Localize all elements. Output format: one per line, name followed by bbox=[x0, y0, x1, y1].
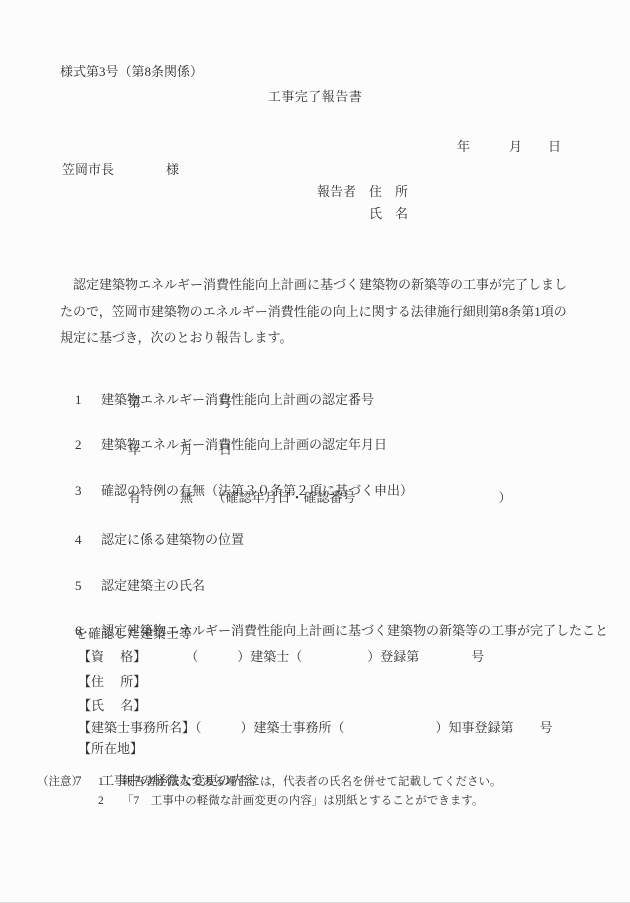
note-number: 1 bbox=[98, 774, 122, 790]
item-2-fill-in-line: 年 月 日 bbox=[128, 441, 232, 459]
item-label: 認定に係る建築物の位置 bbox=[101, 532, 244, 547]
form-number: 様式第3号（第8条関係） bbox=[60, 63, 203, 81]
item-6-label-continued: を確認した建築士等 bbox=[75, 625, 192, 643]
construction-completion-report-form: 様式第3号（第8条関係） 工事完了報告書 年 月 日 笠岡市長 様 報告者 住 … bbox=[0, 0, 630, 903]
field-qualification: 【資 格】 （ ）建築士（ ）登録第 号 bbox=[78, 648, 484, 666]
item-label: 認定建築主の氏名 bbox=[101, 578, 205, 593]
item-3-fill-in-line: 有 無 （確認年月日・確認番号 ） bbox=[128, 489, 512, 507]
reporter-address-label: 報告者 住 所 bbox=[317, 183, 408, 201]
body-paragraph: 認定建築物エネルギー消費性能向上計画に基づく建築物の新築等の工事が完了しまし た… bbox=[60, 272, 575, 352]
note-2: 2「7 工事中の軽微な計画変更の内容」は別紙とすることができます。 bbox=[37, 793, 483, 809]
item-number: 2 bbox=[75, 436, 101, 454]
body-paragraph-line: 認定建築物エネルギー消費性能向上計画に基づく建築物の新築等の工事が完了しまし bbox=[60, 272, 575, 299]
body-paragraph-line: 規定に基づき，次のとおり報告します。 bbox=[60, 325, 575, 352]
note-text: 報告者が法人である場合には，代表者の氏名を併せて記載してください。 bbox=[122, 774, 502, 790]
note-number: 2 bbox=[98, 793, 122, 809]
field-address: 【住 所】 bbox=[78, 673, 146, 691]
field-name: 【氏 名】 bbox=[78, 697, 146, 715]
field-architect-office: 【建築士事務所名】（ ）建築士事務所（ ）知事登録第 号 bbox=[78, 719, 553, 737]
item-number: 1 bbox=[75, 391, 101, 409]
item-number: 5 bbox=[75, 577, 101, 595]
notes-prefix-spacer bbox=[37, 793, 98, 809]
note-text: 「7 工事中の軽微な計画変更の内容」は別紙とすることができます。 bbox=[122, 793, 483, 809]
page-title: 工事完了報告書 bbox=[0, 88, 630, 106]
reporter-name-label: 氏 名 bbox=[369, 205, 408, 223]
item-1-fill-in-line: 第 号 bbox=[128, 394, 232, 412]
note-1: （注意）1報告者が法人である場合には，代表者の氏名を併せて記載してください。 bbox=[37, 774, 502, 790]
body-paragraph-line: たので，笠岡市建築物のエネルギー消費性能の向上に関する法律施行細則第8条第1項の bbox=[60, 299, 575, 326]
addressee-line: 笠岡市長 様 bbox=[62, 161, 179, 179]
item-number: 3 bbox=[75, 482, 101, 500]
item-number: 4 bbox=[75, 531, 101, 549]
notes-prefix: （注意） bbox=[37, 774, 98, 790]
date-blank-line: 年 月 日 bbox=[457, 138, 561, 156]
